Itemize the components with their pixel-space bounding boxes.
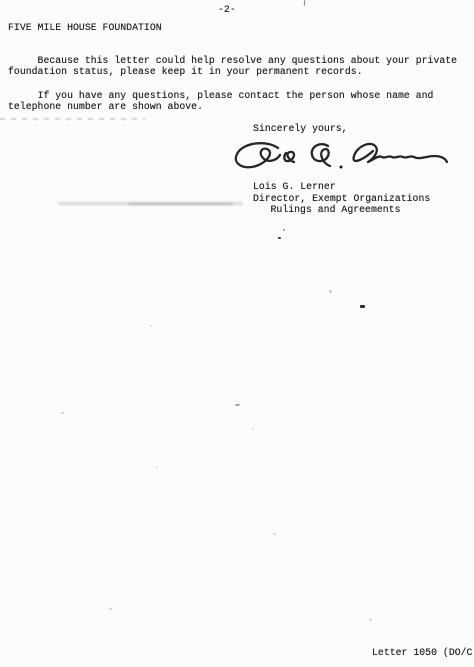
recipient-name: FIVE MILE HOUSE FOUNDATION (8, 22, 162, 33)
letter-page: -2- FIVE MILE HOUSE FOUNDATION Because t… (0, 0, 474, 667)
scan-speck (109, 608, 112, 610)
scan-speck (61, 412, 64, 414)
body-paragraph-2: If you have any questions, please contac… (8, 90, 433, 113)
signature-period-dot (340, 166, 343, 169)
scan-tick (304, 0, 306, 6)
scan-smudge (58, 202, 243, 205)
scan-speck (273, 533, 276, 535)
signature-stroke-lerner (354, 144, 447, 162)
scan-speck (283, 229, 285, 231)
scan-speck (235, 404, 240, 407)
signer-name: Lois G. Lerner (253, 181, 336, 192)
scan-speck (156, 466, 158, 468)
signer-title-line-2: Rulings and Agreements (271, 204, 401, 215)
scan-smudge (128, 203, 233, 206)
scan-speck (369, 618, 372, 621)
scan-speck (111, 375, 113, 377)
scan-streak (0, 118, 145, 120)
scan-speck (278, 237, 281, 240)
page-number: -2- (218, 4, 236, 15)
letter-form-number: Letter 1050 (DO/C (372, 647, 472, 658)
body-paragraph-1: Because this letter could help resolve a… (8, 55, 457, 78)
scan-speck (360, 305, 365, 308)
closing-salutation: Sincerely yours, (253, 123, 348, 134)
signer-title-line-1: Director, Exempt Organizations (253, 193, 430, 204)
scan-speck (150, 325, 152, 327)
signature-stroke-g (312, 144, 330, 166)
signature-stroke-lois (236, 143, 294, 167)
scan-speck (252, 428, 254, 430)
scan-speck (329, 290, 332, 293)
handwritten-signature-lois-g-lerner (231, 139, 449, 183)
